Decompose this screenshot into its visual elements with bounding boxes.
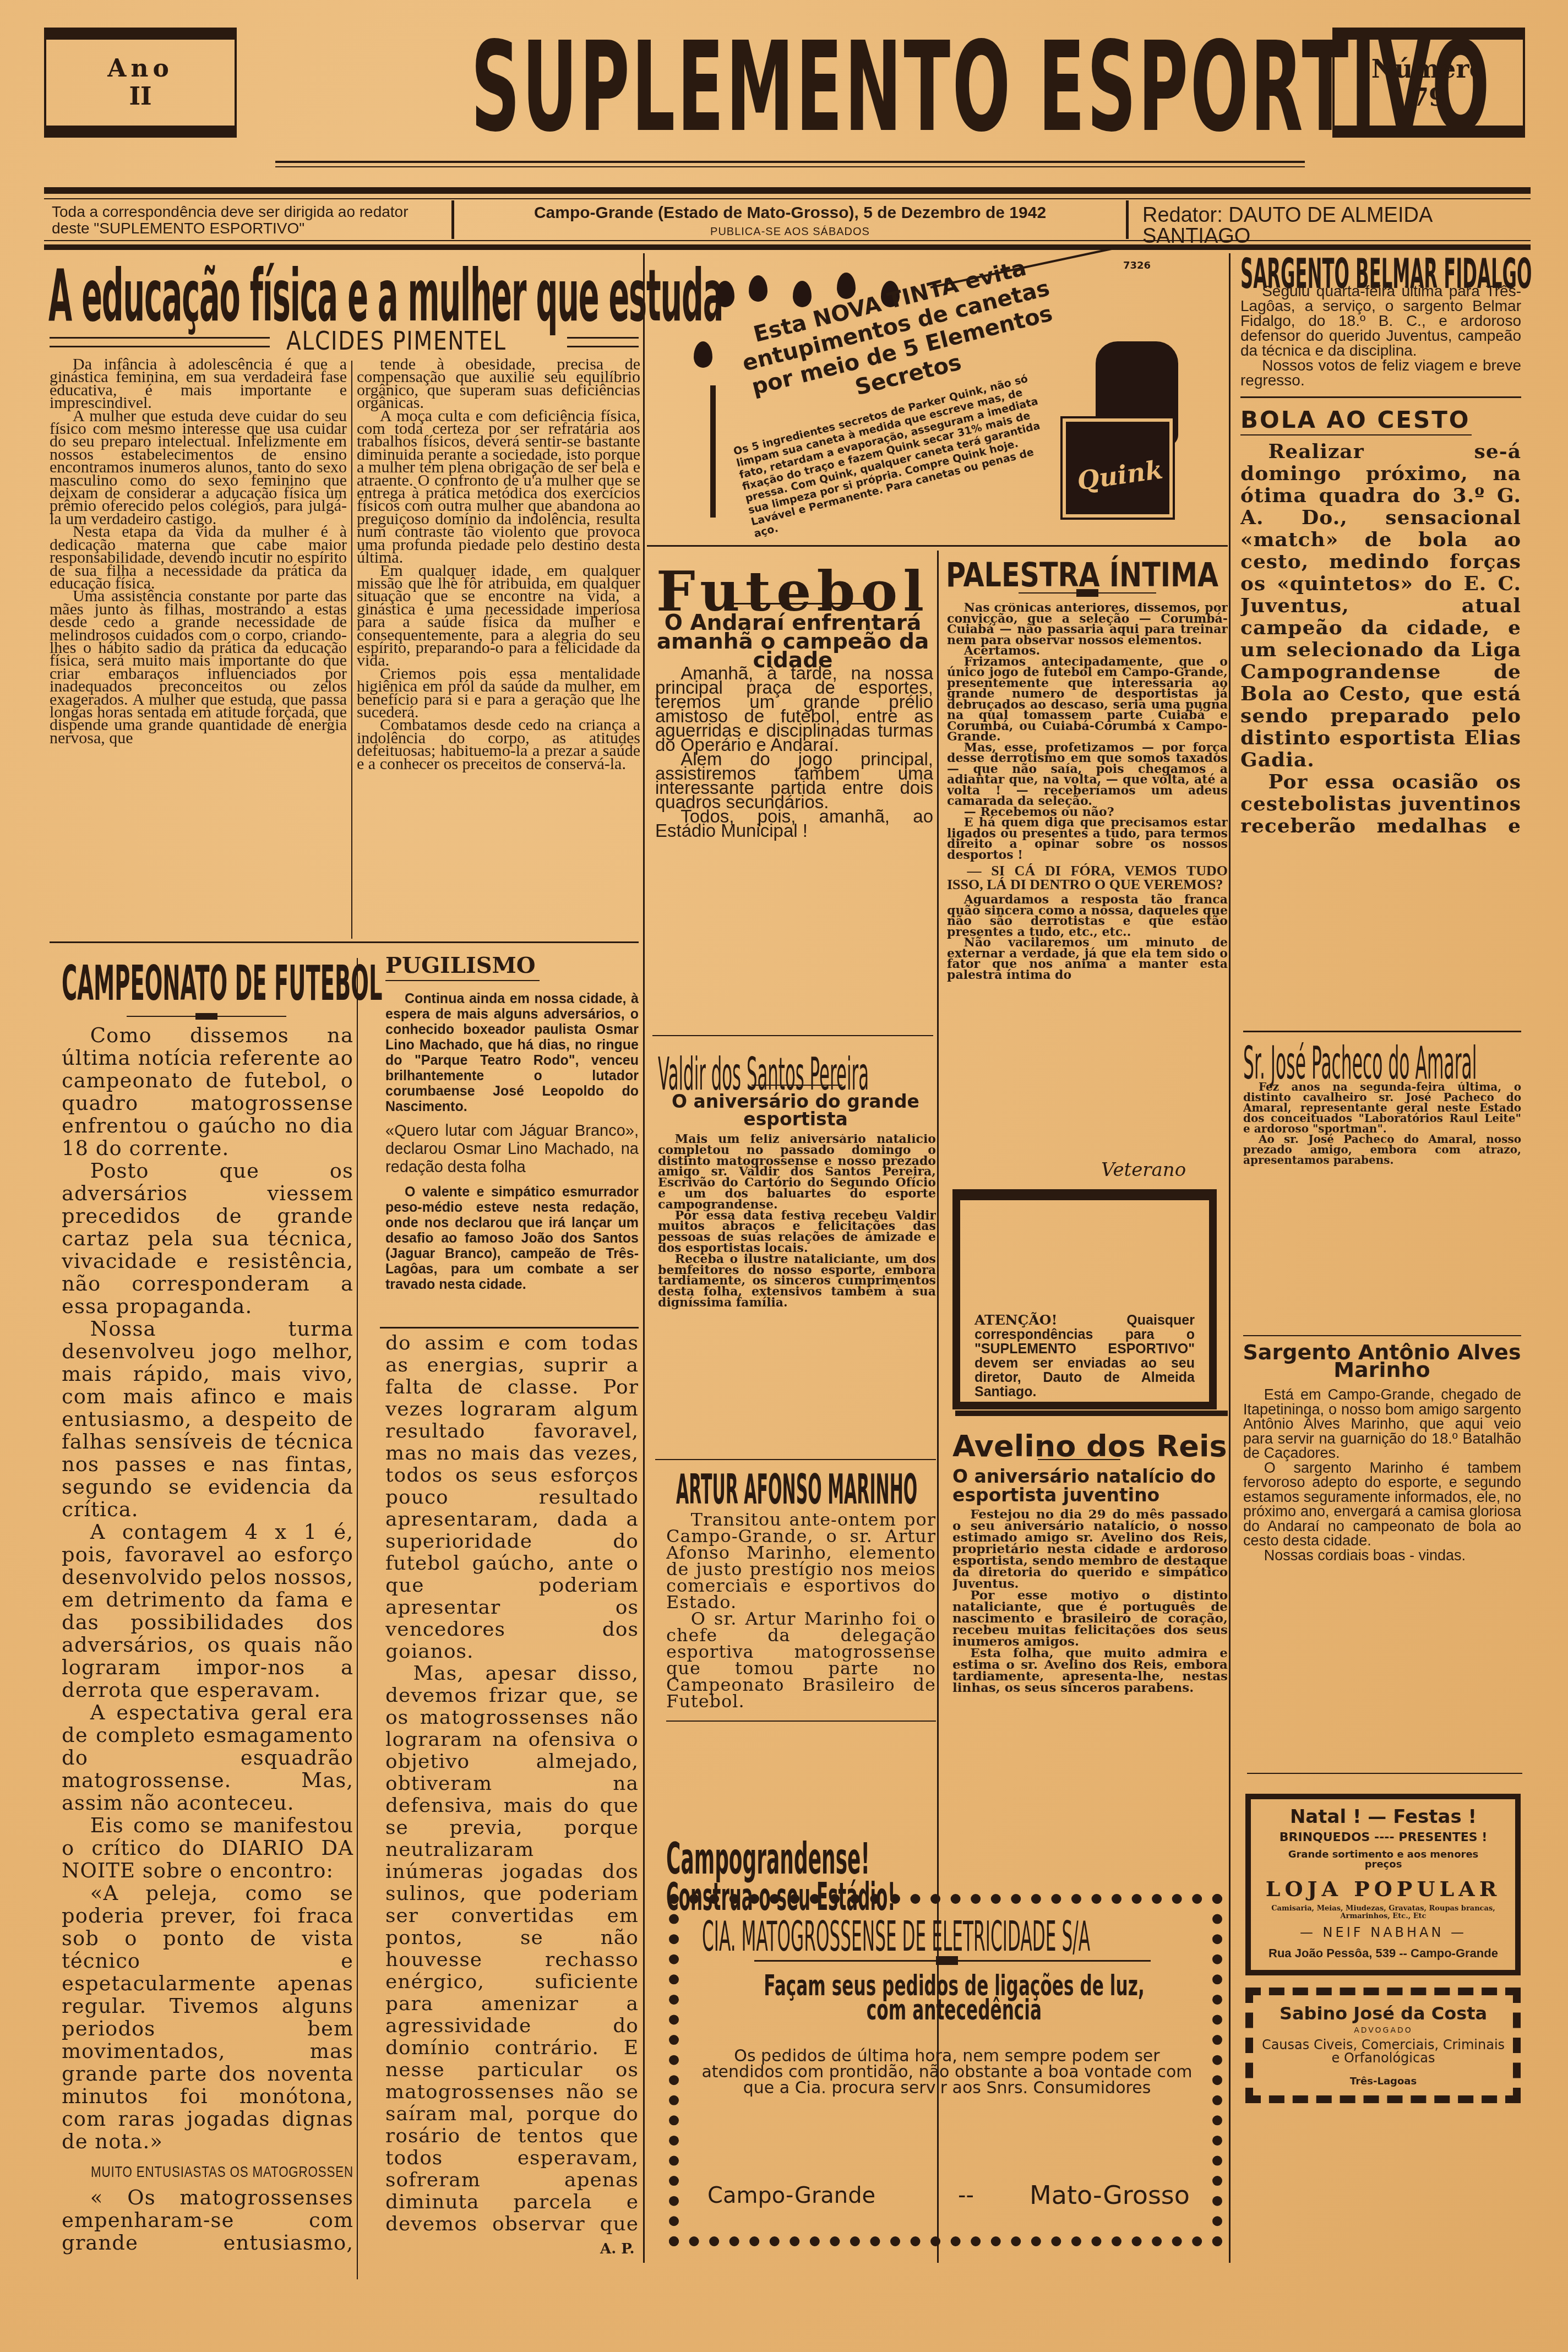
valdir-bottom-rule: [655, 1459, 936, 1460]
educacao-bottom-rule: [50, 941, 639, 943]
bola-title-rule: [1240, 434, 1472, 435]
campeonato-column-2: do assim e com todas as energias, suprir…: [385, 1332, 639, 2235]
correspondence-note: Toda a correspondência deve ser dirigida…: [52, 204, 437, 237]
campeonato-signature: A. P.: [600, 2241, 635, 2257]
info-bar-top: [44, 187, 1531, 194]
byline-rule-left: [50, 337, 270, 339]
atencao-notice: ATENÇÃO! Quaisquer correspondências para…: [974, 1313, 1195, 1399]
campeonato-column-1: Como dissemos na última notícia referent…: [62, 1024, 353, 2257]
belmar-bottom-rule: [1240, 396, 1521, 398]
pugilismo-bottom-rule: [380, 1327, 639, 1329]
loja-name: LOJA POPULAR: [1255, 1876, 1511, 1901]
article-title-pugilismo: PUGILISMO: [385, 952, 536, 978]
campeonato-subhead: MUITO ENTUSIASTAS OS MATOGROSSENSES: [91, 2160, 324, 2183]
newspaper-title: SUPLEMENTO ESPORTIVO: [471, 8, 1109, 168]
masthead-underline-2: [275, 166, 1305, 167]
masthead-underline: [275, 161, 1305, 163]
educacao-column-1: Da infância à adolescência é que a ginás…: [50, 358, 347, 941]
loja-owner: — NEIF NABHAN —: [1255, 1925, 1511, 1940]
futebol-subtitle: O Andaraí enfrentará amanhã o campeão da…: [655, 614, 930, 670]
ink-box-icon: Quink: [1063, 418, 1173, 518]
number-box: Número 79: [1332, 28, 1525, 138]
ad-frame-left: [710, 385, 716, 518]
sabino-city: Três-Lagoas: [1255, 2076, 1511, 2087]
ink-drop-icon: [716, 281, 734, 307]
number-label: Número: [1371, 54, 1486, 84]
eletricidade-state: Mato-Grosso: [1030, 2180, 1190, 2210]
avelino-body: Festejou no dia 29 do mês passado o seu …: [952, 1509, 1228, 1817]
loja-line-sortimento: Grande sortimento e aos menores preços: [1283, 1850, 1484, 1870]
campeonato-ornament-bar: [195, 1013, 217, 1020]
sabino-name: Sabino José da Costa: [1255, 2003, 1511, 2024]
loja-items: Camisaria, Meias, Miudezas, Gravatas, Ro…: [1255, 1905, 1511, 1920]
loja-line-natal: Natal ! — Festas !: [1255, 1806, 1511, 1828]
palestra-signature: Veterano: [1101, 1159, 1186, 1181]
ink-drop-icon: [694, 341, 712, 368]
sabino-services: Causas Civeis, Comerciais, Criminais e O…: [1261, 2038, 1506, 2065]
futebol-bottom-rule: [652, 1035, 933, 1036]
ink-drop-icon: [749, 275, 767, 302]
pugilismo-title-rule: [385, 980, 540, 981]
article-title-avelino: Avelino dos Reis: [952, 1429, 1227, 1463]
futebol-body: Amanhã, à tarde, na nossa principal praç…: [655, 666, 933, 897]
valdir-title-rule: [752, 1085, 842, 1086]
eletricidade-city: Campo-Grande: [707, 2183, 875, 2208]
educacao-column-2: tende à obesidade, precisa de compensaçã…: [357, 358, 640, 941]
bola-body: Realizar se-á domingo próximo, na ótima …: [1240, 440, 1521, 837]
article-title-marinho: Sargento Antônio Alves Marinho: [1242, 1343, 1522, 1379]
loja-line-brinquedos: BRINQUEDOS ---- PRESENTES !: [1255, 1831, 1511, 1844]
year-value: II: [129, 83, 151, 111]
eletricidade-ornament-bar: [936, 1956, 958, 1965]
pacheco-body: Fez anos na segunda-feira última, o dist…: [1243, 1082, 1521, 1219]
marinho-bottom-rule: [1247, 1773, 1522, 1774]
article-title-bola: BOLA AO CESTO: [1240, 406, 1471, 433]
marinho-body: Está em Campo-Grande, chegado de Itapeti…: [1243, 1387, 1521, 1773]
avelino-subtitle: O aniversário natalício do esportista ju…: [952, 1467, 1228, 1505]
article-title-campeonato: CAMPEONATO DE FUTEBOL: [62, 955, 383, 1011]
eletricidade-separator: --: [958, 2183, 974, 2208]
educacao-column-rule: [351, 361, 352, 939]
dateline: Campo-Grande (Estado de Mato-Grosso), 5 …: [457, 204, 1123, 222]
avelino-title-rule: [1038, 1459, 1120, 1460]
article-title-educacao: A educação física e a mulher que estuda: [48, 254, 723, 337]
column-rule-1: [643, 253, 645, 2263]
info-divider-1: [451, 200, 454, 239]
number-value: 79: [1412, 84, 1445, 112]
ink-drop-icon: [793, 281, 812, 307]
byline-rule-left-2: [50, 346, 270, 347]
bola-bottom-rule: [1243, 1031, 1521, 1032]
info-bar-top-thin: [44, 198, 1531, 199]
column-rule-2: [1229, 253, 1231, 2263]
belmar-body: Seguiu quarta-feira última para Três-Lag…: [1240, 284, 1521, 421]
byline-rule-right-2: [567, 346, 639, 347]
futebol-ornament: [727, 603, 870, 605]
byline-educacao: ALCIDES PIMENTEL: [286, 326, 507, 356]
artur-body: Transitou ante-ontem por Campo-Grande, o…: [666, 1511, 936, 1743]
pacheco-bottom-rule: [1243, 1335, 1521, 1336]
eletricidade-company: CIA. MATOGROSSENSE DE ELETRICIDADE S/A: [702, 1913, 1090, 1961]
year-label: Ano: [107, 55, 173, 83]
parker-bottom-rule: [647, 545, 1228, 547]
valdir-subtitle: O aniversário do grande esportista: [655, 1093, 936, 1128]
palestra-body: Nas crônicas anteriores, dissemos, por c…: [947, 603, 1228, 1109]
pugilismo-body: Continua ainda em nossa cidade, à espera…: [385, 991, 639, 1321]
article-title-artur: ARTUR AFONSO MARINHO: [676, 1466, 917, 1513]
sabino-profession: ADVOGADO: [1255, 2026, 1511, 2035]
valdir-body: Mais um feliz aniversário natalício comp…: [658, 1134, 936, 1387]
info-bar-bottom-thin: [44, 240, 1531, 241]
palestra-ornament-bar: [1076, 589, 1098, 597]
atencao-lead: ATENÇÃO!: [974, 1312, 1058, 1328]
eletricidade-body: Os pedidos de última hora, nem sempre po…: [699, 2048, 1195, 2096]
ad-code: 7326: [1123, 260, 1151, 271]
year-box: Ano II: [44, 28, 237, 138]
loja-address: Rua João Pessôa, 539 -- Campo-Grande: [1255, 1946, 1511, 1961]
info-divider-2: [1126, 200, 1129, 239]
pugilismo-quote: «Quero lutar com Jáguar Branco», declaro…: [385, 1122, 639, 1177]
eletricidade-headline: Façam seus pedidos de ligações de luz, c…: [754, 1974, 1154, 2022]
byline-rule-right: [567, 337, 639, 339]
ink-drop-icon: [837, 273, 856, 299]
info-bar-bottom: [44, 244, 1531, 250]
publication-note: PUBLICA-SE AOS SÁBADOS: [457, 226, 1123, 238]
campeonato-column-rule: [357, 958, 358, 2279]
artur-bottom-rule: [666, 1721, 936, 1722]
atencao-bottom-bar: [955, 1411, 1228, 1416]
